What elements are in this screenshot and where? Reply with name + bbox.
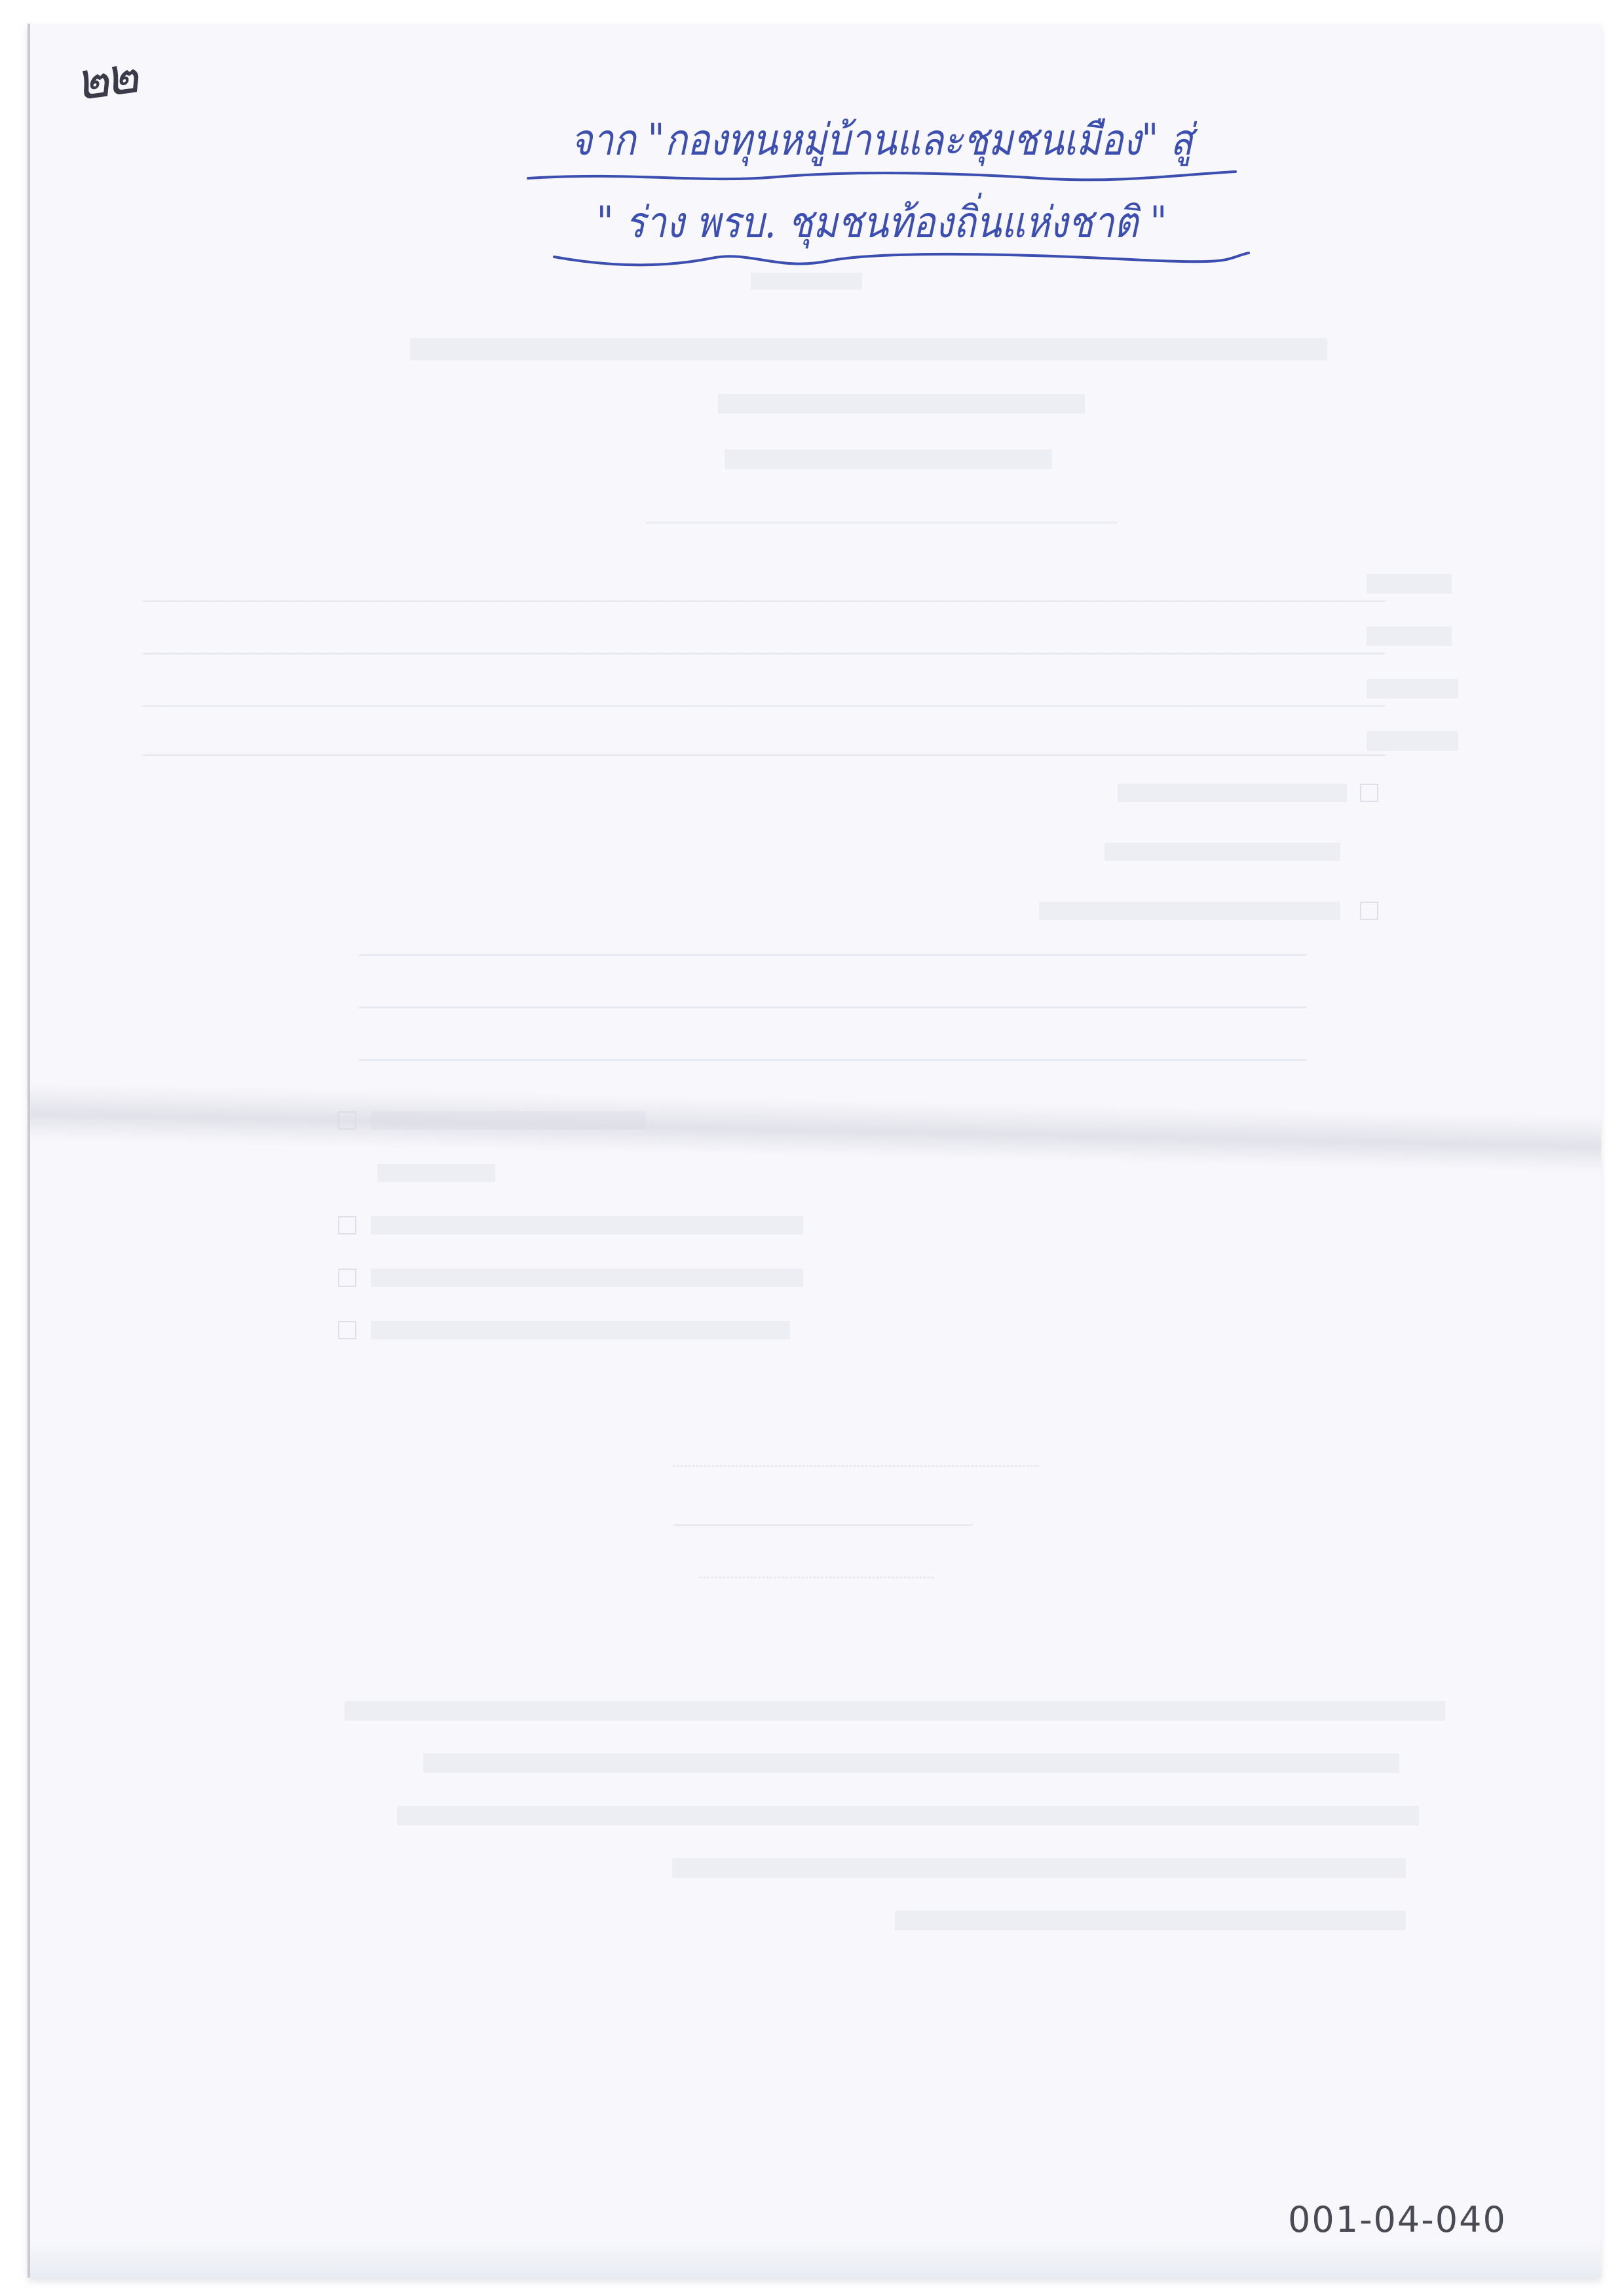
paper-fold-shadow bbox=[30, 1082, 1601, 1174]
handwritten-title: จาก "กองทุนหมู่บ้านและชุมชนเมือง" สู่ " … bbox=[502, 109, 1262, 274]
title-line-2: " ร่าง พรบ. ชุมชนท้องถิ่นแห่งชาติ " bbox=[555, 191, 1209, 254]
title-underline-2 bbox=[502, 252, 1262, 274]
paper-bottom-shadow bbox=[30, 2238, 1601, 2278]
handwritten-reference-number: 001-04-040 bbox=[1288, 2199, 1507, 2240]
title-underline-1 bbox=[502, 169, 1262, 191]
handwritten-page-number: ๒๒ bbox=[69, 34, 140, 123]
scanned-page: ๒๒ จาก "กองทุนหมู่บ้านและชุมชนเมือง" สู่… bbox=[28, 24, 1601, 2278]
title-line-1: จาก "กองทุนหมู่บ้านและชุมชนเมือง" สู่ bbox=[555, 109, 1209, 172]
